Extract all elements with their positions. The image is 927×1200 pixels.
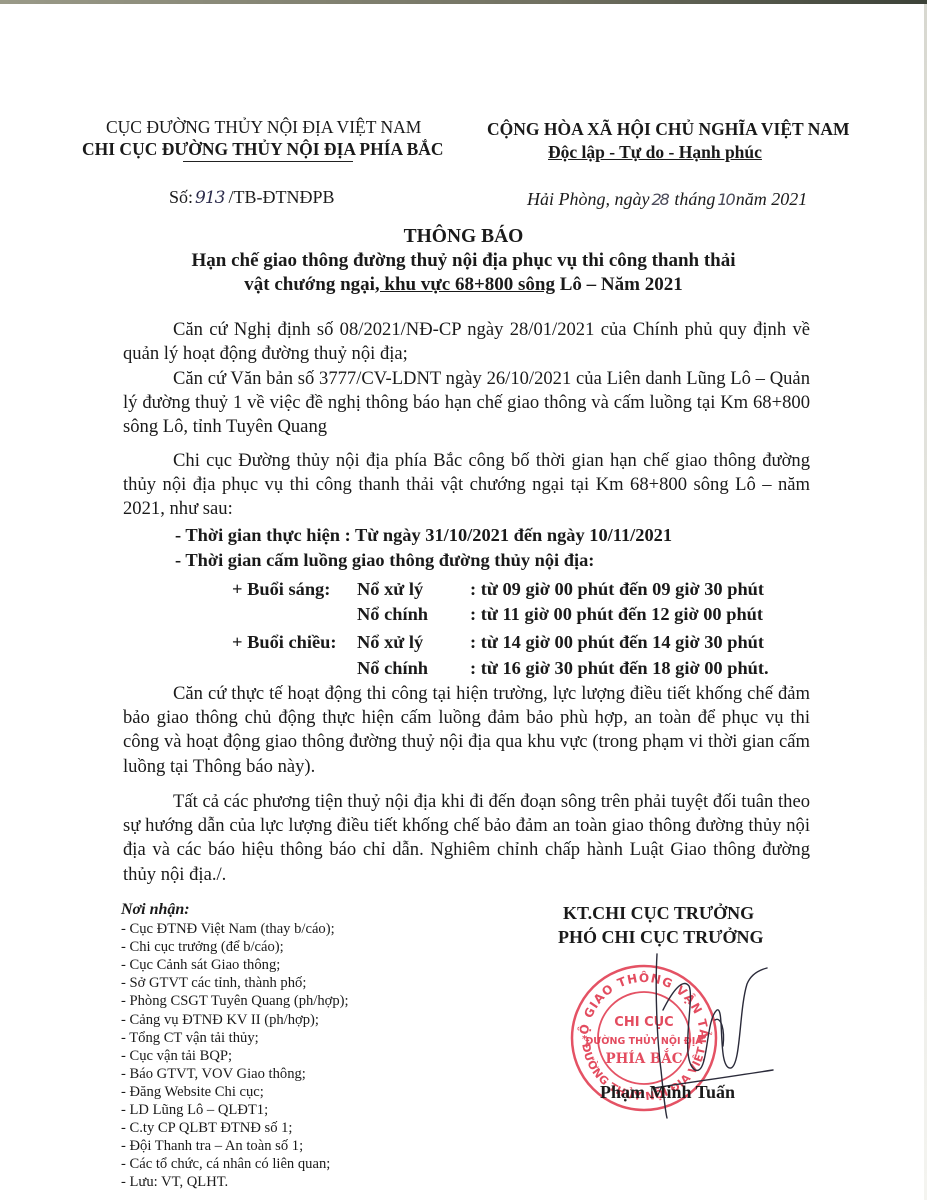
paragraph-announcement: Chi cục Đường thủy nội địa phía Bắc công…: [123, 449, 810, 522]
national-motto: Độc lập - Tự do - Hạnh phúc: [548, 142, 762, 163]
schedule-time: : từ 14 giờ 00 phút đến 14 giờ 30 phút: [470, 632, 764, 653]
paragraph-text: Tất cả các phương tiện thuỷ nội địa khi …: [123, 790, 810, 887]
paragraph-text: Căn cứ thực tế hoạt động thi công tại hi…: [123, 682, 810, 779]
execution-period: - Thời gian thực hiện : Từ ngày 31/10/20…: [175, 525, 672, 546]
schedule-time: : từ 11 giờ 00 phút đến 12 giờ 00 phút: [470, 604, 763, 625]
recipient-item: - LD Lũng Lô – QLĐT1;: [121, 1101, 349, 1119]
document-number: Số:913/TB-ĐTNĐPB: [169, 187, 334, 208]
schedule-kind: Nổ xử lý: [357, 632, 467, 653]
paragraph-text: Căn cứ Nghị định số 08/2021/NĐ-CP ngày 2…: [123, 318, 810, 366]
subject-part-underlined: , khu vực 68+800 sông: [375, 274, 555, 295]
doc-number-handwritten: 913: [193, 188, 228, 208]
schedule-time: : từ 09 giờ 00 phút đến 09 giờ 30 phút: [470, 579, 764, 600]
recipient-item: - Chi cục trưởng (để b/cáo);: [121, 938, 349, 956]
date-month: 10: [715, 190, 735, 209]
recipient-item: - Cục vận tải BQP;: [121, 1047, 349, 1065]
recipient-item: - Đăng Website Chi cục;: [121, 1083, 349, 1101]
paragraph-legal-basis-1: Căn cứ Nghị định số 08/2021/NĐ-CP ngày 2…: [123, 318, 810, 366]
schedule-kind: Nổ chính: [357, 658, 467, 679]
document-heading: THÔNG BÁO: [0, 226, 927, 248]
ban-period-heading: - Thời gian cấm luồng giao thông đường t…: [175, 550, 594, 571]
date-day: 28: [649, 190, 669, 209]
schedule-session: + Buổi sáng:: [232, 579, 356, 600]
recipients-title: Nơi nhận:: [121, 901, 349, 919]
schedule-kind: Nổ xử lý: [357, 579, 467, 600]
paragraph-field-control: Căn cứ thực tế hoạt động thi công tại hi…: [123, 682, 810, 779]
date-month-label: tháng: [674, 189, 715, 209]
recipient-item: - Báo GTVT, VOV Giao thông;: [121, 1065, 349, 1083]
scan-edge: [0, 0, 927, 4]
signatory-name: Phạm Minh Tuấn: [600, 1082, 735, 1103]
paragraph-compliance: Tất cả các phương tiện thuỷ nội địa khi …: [123, 790, 810, 887]
schedule-kind: Nổ chính: [357, 604, 467, 625]
recipient-item: - Cục Cảnh sát Giao thông;: [121, 956, 349, 974]
org-underline: [183, 161, 353, 162]
schedule-time: : từ 16 giờ 30 phút đến 18 giờ 00 phút.: [470, 658, 769, 679]
paragraph-text: Chi cục Đường thủy nội địa phía Bắc công…: [123, 449, 810, 522]
recipient-item: - Sở GTVT các tỉnh, thành phố;: [121, 974, 349, 992]
recipient-item: - Lưu: VT, QLHT.: [121, 1173, 349, 1191]
recipients-list: Nơi nhận: - Cục ĐTNĐ Việt Nam (thay b/cá…: [121, 901, 349, 1192]
doc-number-prefix: Số:: [169, 187, 193, 207]
subject-part: vật chướng ngại: [244, 274, 375, 295]
issuing-organization: CHI CỤC ĐƯỜNG THỦY NỘI ĐỊA PHÍA BẮC: [82, 139, 444, 160]
date-year: năm 2021: [736, 189, 808, 209]
recipient-item: - Các tổ chức, cá nhân có liên quan;: [121, 1155, 349, 1173]
recipient-item: - Đội Thanh tra – An toàn số 1;: [121, 1137, 349, 1155]
recipient-item: - Tổng CT vận tải thủy;: [121, 1029, 349, 1047]
recipient-item: - Cảng vụ ĐTNĐ KV II (ph/hợp);: [121, 1011, 349, 1029]
schedule-session: + Buổi chiều:: [232, 632, 356, 653]
doc-number-suffix: /TB-ĐTNĐPB: [228, 187, 334, 207]
parent-organization: CỤC ĐƯỜNG THỦY NỘI ĐỊA VIỆT NAM: [106, 117, 421, 138]
signatory-authority: KT.CHI CỤC TRƯỞNG: [563, 903, 754, 924]
svg-text:*: *: [582, 1034, 588, 1045]
subject-part: Lô – Năm 2021: [555, 274, 683, 295]
signatory-position: PHÓ CHI CỤC TRƯỞNG: [558, 927, 764, 948]
paragraph-legal-basis-2: Căn cứ Văn bản số 3777/CV-LDNT ngày 26/1…: [123, 367, 810, 440]
document-subject-line-2: vật chướng ngại, khu vực 68+800 sông Lô …: [0, 274, 927, 296]
document-subject-line-1: Hạn chế giao thông đường thuỷ nội địa ph…: [0, 250, 927, 272]
date-place: Hải Phòng, ngày: [527, 189, 649, 209]
recipient-item: - C.ty CP QLBT ĐTNĐ số 1;: [121, 1119, 349, 1137]
paragraph-text: Căn cứ Văn bản số 3777/CV-LDNT ngày 26/1…: [123, 367, 810, 440]
date-line: Hải Phòng, ngày28 tháng10năm 2021: [527, 189, 807, 210]
recipient-item: - Cục ĐTNĐ Việt Nam (thay b/cáo);: [121, 920, 349, 938]
recipient-item: - Phòng CSGT Tuyên Quang (ph/hợp);: [121, 992, 349, 1010]
national-title: CỘNG HÒA XÃ HỘI CHỦ NGHĨA VIỆT NAM: [487, 119, 850, 140]
